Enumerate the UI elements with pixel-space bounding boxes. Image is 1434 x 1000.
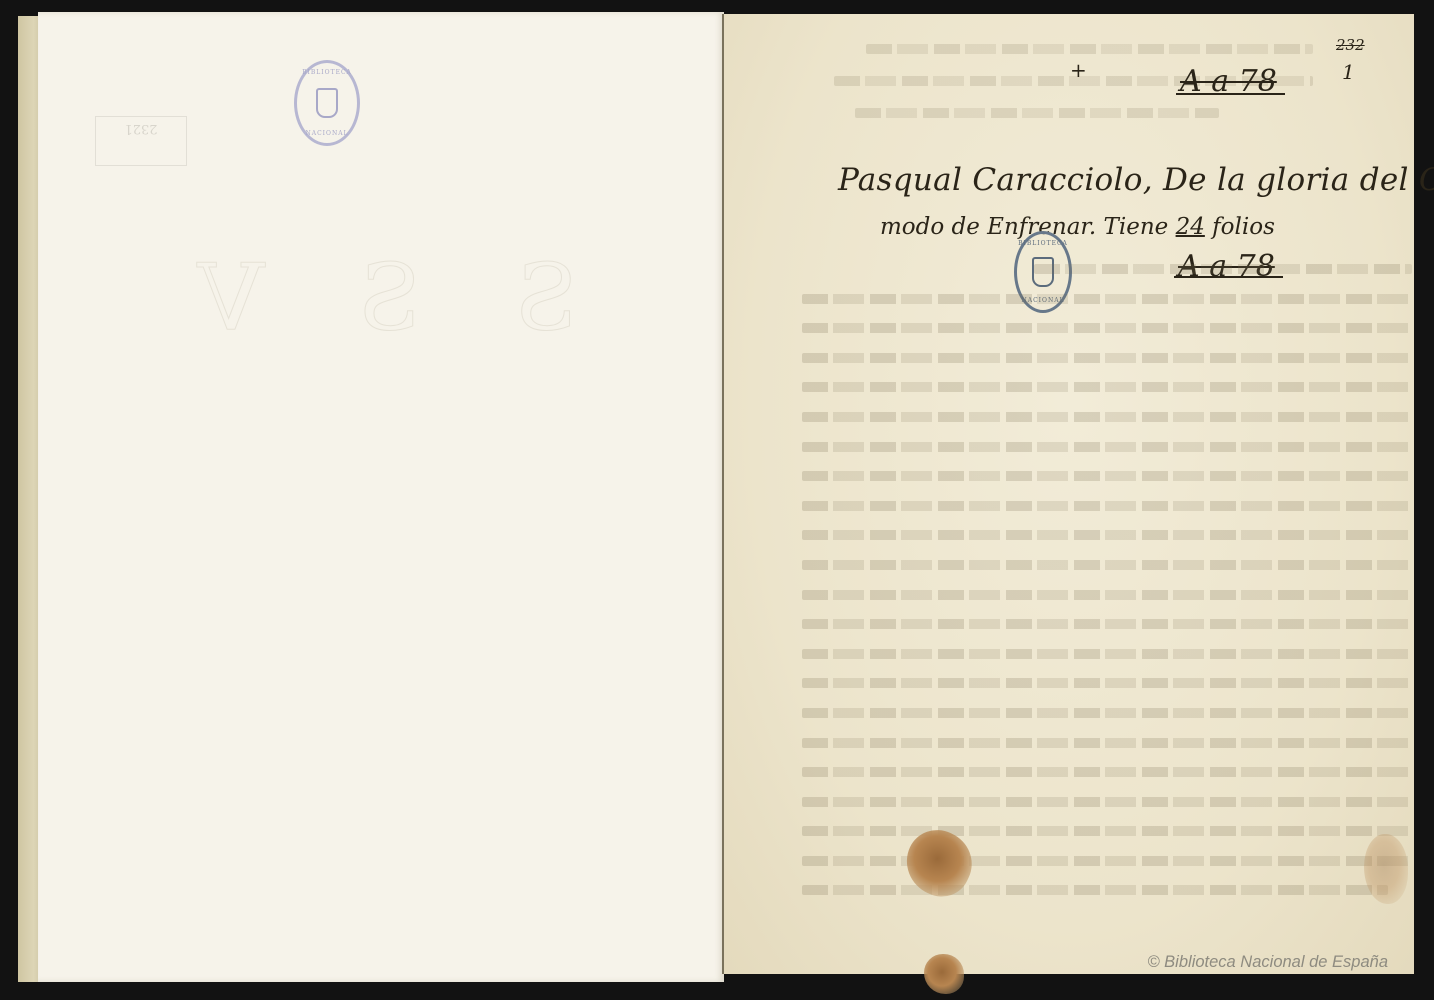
crest-icon	[316, 88, 338, 118]
water-stain	[924, 954, 964, 994]
bleed-through-text	[802, 264, 1412, 915]
title-line-2: modo de Enfrenar. Tiene 24 folios	[880, 214, 1275, 240]
old-shelfmark-top: A a 78	[1180, 64, 1277, 99]
manuscript-scan: 2321 BIBLIOTECA NACIONAL S S V + A a 78 …	[0, 0, 1434, 1000]
folio-count: 24	[1176, 214, 1205, 240]
library-stamp-icon: BIBLIOTECA NACIONAL	[294, 60, 360, 146]
watermark-letter: S	[358, 244, 421, 351]
cross-mark: +	[1070, 58, 1087, 82]
title-line-2-suffix: folios	[1205, 214, 1275, 240]
stamp-bottom-text: NACIONAL	[297, 130, 357, 137]
watermark-letter: V	[198, 244, 264, 351]
copyright-watermark: © Biblioteca Nacional de España	[1147, 953, 1388, 972]
folio-number: 1	[1342, 60, 1355, 84]
faint-shelfmark-label: 2321	[95, 116, 187, 166]
watermark-letter: S	[515, 244, 578, 351]
foxing-stain	[1364, 834, 1408, 904]
title-line-1: Pasqual Caracciolo, De la gloria del Cav…	[838, 162, 1434, 198]
paper-watermark: S S V	[198, 244, 578, 351]
stamp-top-text: BIBLIOTECA	[297, 69, 357, 76]
old-number: 232	[1336, 36, 1365, 54]
stamp-top-text: BIBLIOTECA	[1017, 240, 1069, 247]
right-page: + A a 78 232 1 Pasqual Caracciolo, De la…	[722, 14, 1414, 974]
left-page: 2321 BIBLIOTECA NACIONAL S S V	[38, 12, 724, 982]
